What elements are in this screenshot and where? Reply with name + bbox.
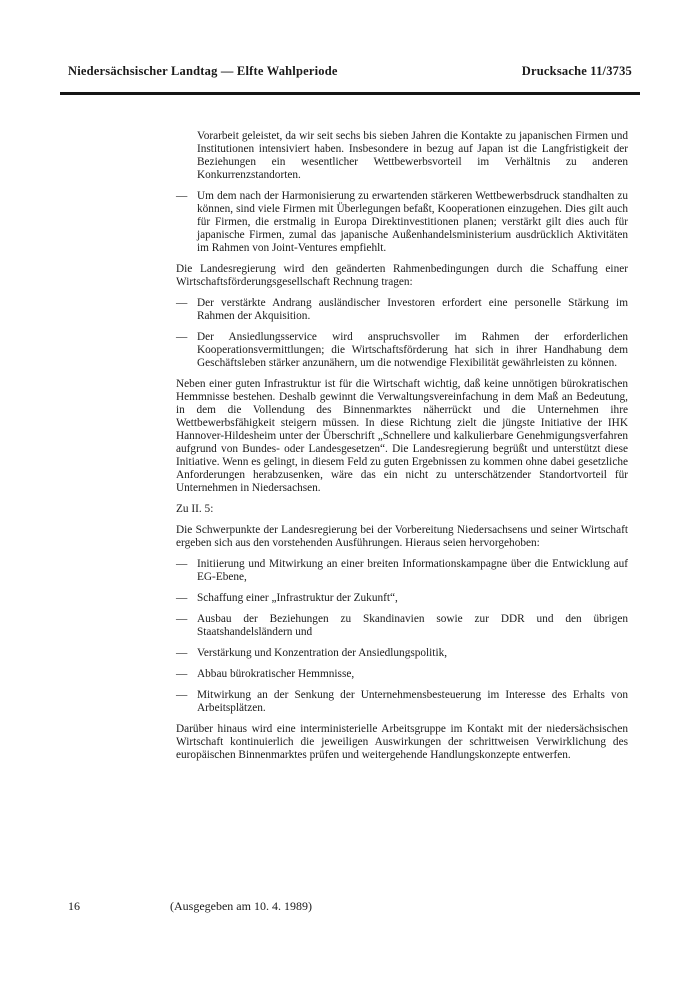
- list-item: — Initiierung und Mitwirkung an einer br…: [176, 558, 628, 584]
- bullet-dash: —: [176, 613, 197, 639]
- list-item: — Der Ansiedlungsservice wird anspruchsv…: [176, 331, 628, 370]
- bullet-dash: —: [176, 558, 197, 584]
- bullet-dash: —: [176, 668, 197, 681]
- bullet-text: Mitwirkung an der Senkung der Unternehme…: [197, 689, 628, 715]
- bullet-text: Ausbau der Beziehungen zu Skandinavien s…: [197, 613, 628, 639]
- paragraph: Die Schwerpunkte der Landesregierung bei…: [176, 524, 628, 550]
- bullet-text: Verstärkung und Konzentration der Ansied…: [197, 647, 628, 660]
- list-item: — Schaffung einer „Infrastruktur der Zuk…: [176, 592, 628, 605]
- bullet-text: Um dem nach der Harmonisierung zu erwart…: [197, 190, 628, 255]
- bullet-text: Schaffung einer „Infrastruktur der Zukun…: [197, 592, 628, 605]
- bullet-text: Initiierung und Mitwirkung an einer brei…: [197, 558, 628, 584]
- bullet-text: Der Ansiedlungsservice wird anspruchsvol…: [197, 331, 628, 370]
- list-item: — Mitwirkung an der Senkung der Unterneh…: [176, 689, 628, 715]
- list-item: — Der verstärkte Andrang ausländischer I…: [176, 297, 628, 323]
- page-header: Niedersächsischer Landtag — Elfte Wahlpe…: [68, 64, 632, 79]
- page-number: 16: [68, 899, 80, 913]
- paragraph: Die Landesregierung wird den geänderten …: [176, 263, 628, 289]
- list-item: — Ausbau der Beziehungen zu Skandinavien…: [176, 613, 628, 639]
- paragraph-continuation: Vorarbeit geleistet, da wir seit sechs b…: [197, 130, 628, 182]
- page-footer: 16 (Ausgegeben am 10. 4. 1989): [68, 899, 632, 914]
- bullet-dash: —: [176, 297, 197, 323]
- bullet-text: Der verstärkte Andrang ausländischer Inv…: [197, 297, 628, 323]
- list-item: — Um dem nach der Harmonisierung zu erwa…: [176, 190, 628, 255]
- bullet-dash: —: [176, 331, 197, 370]
- section-heading: Zu II. 5:: [176, 503, 628, 516]
- document-page: Niedersächsischer Landtag — Elfte Wahlpe…: [0, 0, 700, 990]
- bullet-dash: —: [176, 647, 197, 660]
- bullet-dash: —: [176, 689, 197, 715]
- paragraph: Darüber hinaus wird eine interministerie…: [176, 723, 628, 762]
- bullet-dash: —: [176, 190, 197, 255]
- issue-date-note: (Ausgegeben am 10. 4. 1989): [170, 899, 312, 914]
- paragraph: Neben einer guten Infrastruktur ist für …: [176, 378, 628, 495]
- document-body: Vorarbeit geleistet, da wir seit sechs b…: [176, 130, 628, 770]
- header-rule: [60, 92, 640, 95]
- bullet-text: Abbau bürokratischer Hemmnisse,: [197, 668, 628, 681]
- header-left-title: Niedersächsischer Landtag — Elfte Wahlpe…: [68, 64, 338, 79]
- list-item: — Abbau bürokratischer Hemmnisse,: [176, 668, 628, 681]
- bullet-dash: —: [176, 592, 197, 605]
- list-item: — Verstärkung und Konzentration der Ansi…: [176, 647, 628, 660]
- header-right-docnumber: Drucksache 11/3735: [522, 64, 632, 79]
